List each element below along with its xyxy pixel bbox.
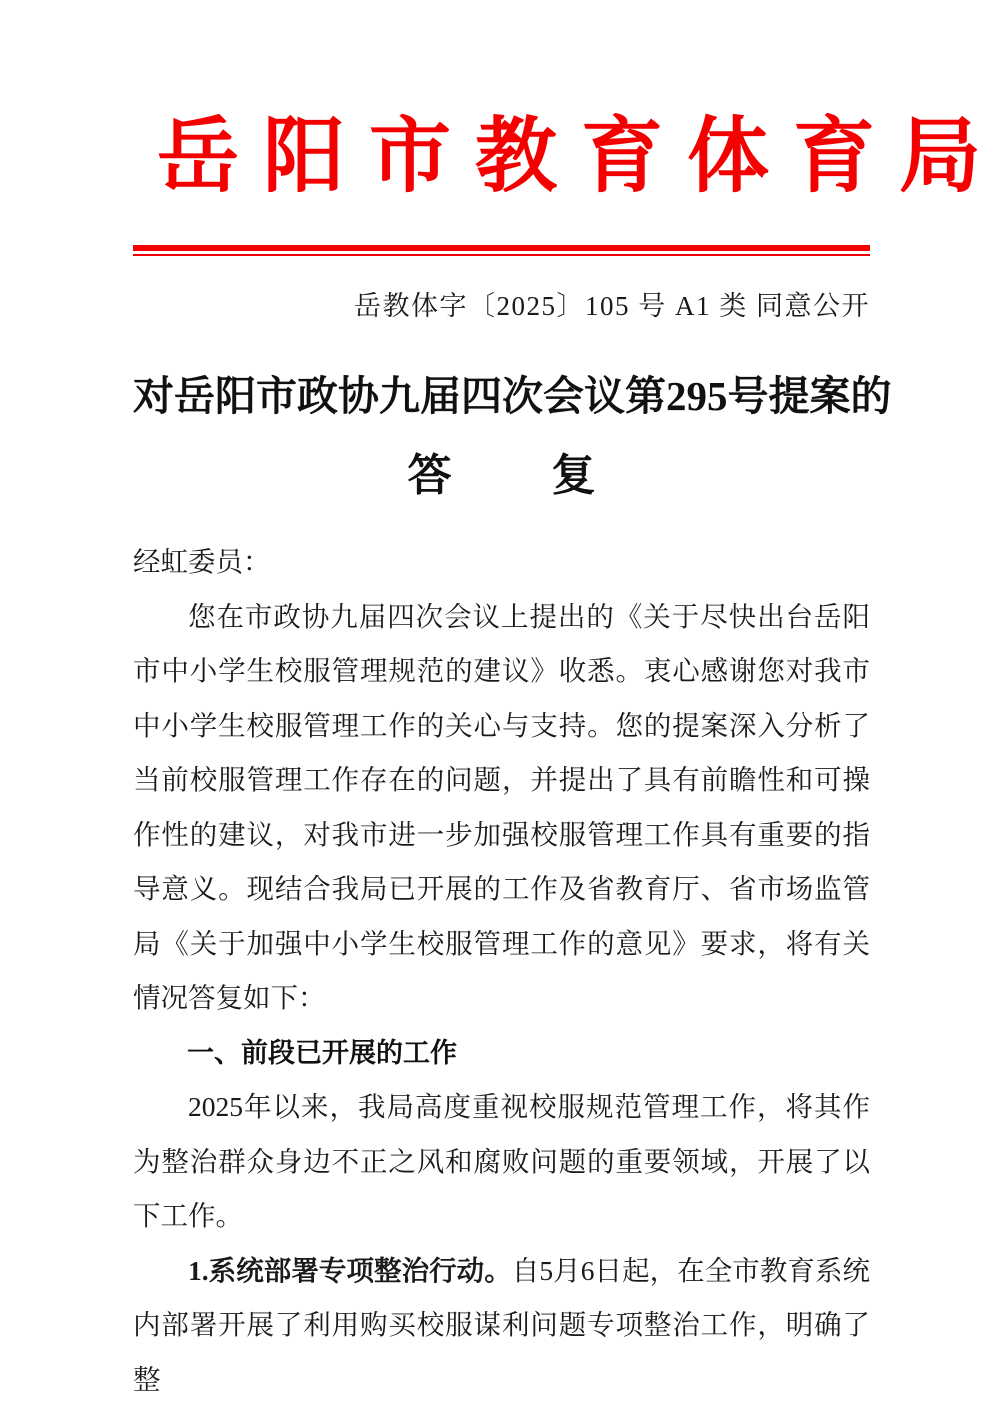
salutation: 经虹委员： xyxy=(133,535,870,590)
opening-paragraph: 您在市政协九届四次会议上提出的《关于尽快出台岳阳市中小学生校服管理规范的建议》收… xyxy=(133,590,870,1026)
letterhead: 岳阳市教育体育局 xyxy=(133,106,870,256)
section-1-heading: 一、前段已开展的工作 xyxy=(133,1026,870,1081)
letterhead-title: 岳阳市教育体育局 xyxy=(133,106,870,208)
document-title-line2: 答复 xyxy=(133,451,870,501)
section-1-paragraph: 2025年以来，我局高度重视校服规范管理工作，将其作为整治群众身边不正之风和腐败… xyxy=(133,1080,870,1244)
item-1-paragraph: 1.系统部署专项整治行动。自5月6日起，在全市教育系统内部署开展了利用购买校服谋… xyxy=(133,1244,870,1408)
document-title: 对岳阳市政协九届四次会议第295号提案的 答复 xyxy=(133,371,870,501)
item-1-lead: 1.系统部署专项整治行动。 xyxy=(188,1255,512,1286)
document-page: 岳阳市教育体育局 岳教体字〔2025〕105 号 A1 类 同意公开 对岳阳市政… xyxy=(0,0,1000,1414)
document-number: 岳教体字〔2025〕105 号 A1 类 同意公开 xyxy=(133,290,870,322)
document-body: 经虹委员： 您在市政协九届四次会议上提出的《关于尽快出台岳阳市中小学生校服管理规… xyxy=(133,535,870,1407)
letterhead-divider xyxy=(133,245,870,256)
document-title-line1: 对岳阳市政协九届四次会议第295号提案的 xyxy=(133,371,870,421)
